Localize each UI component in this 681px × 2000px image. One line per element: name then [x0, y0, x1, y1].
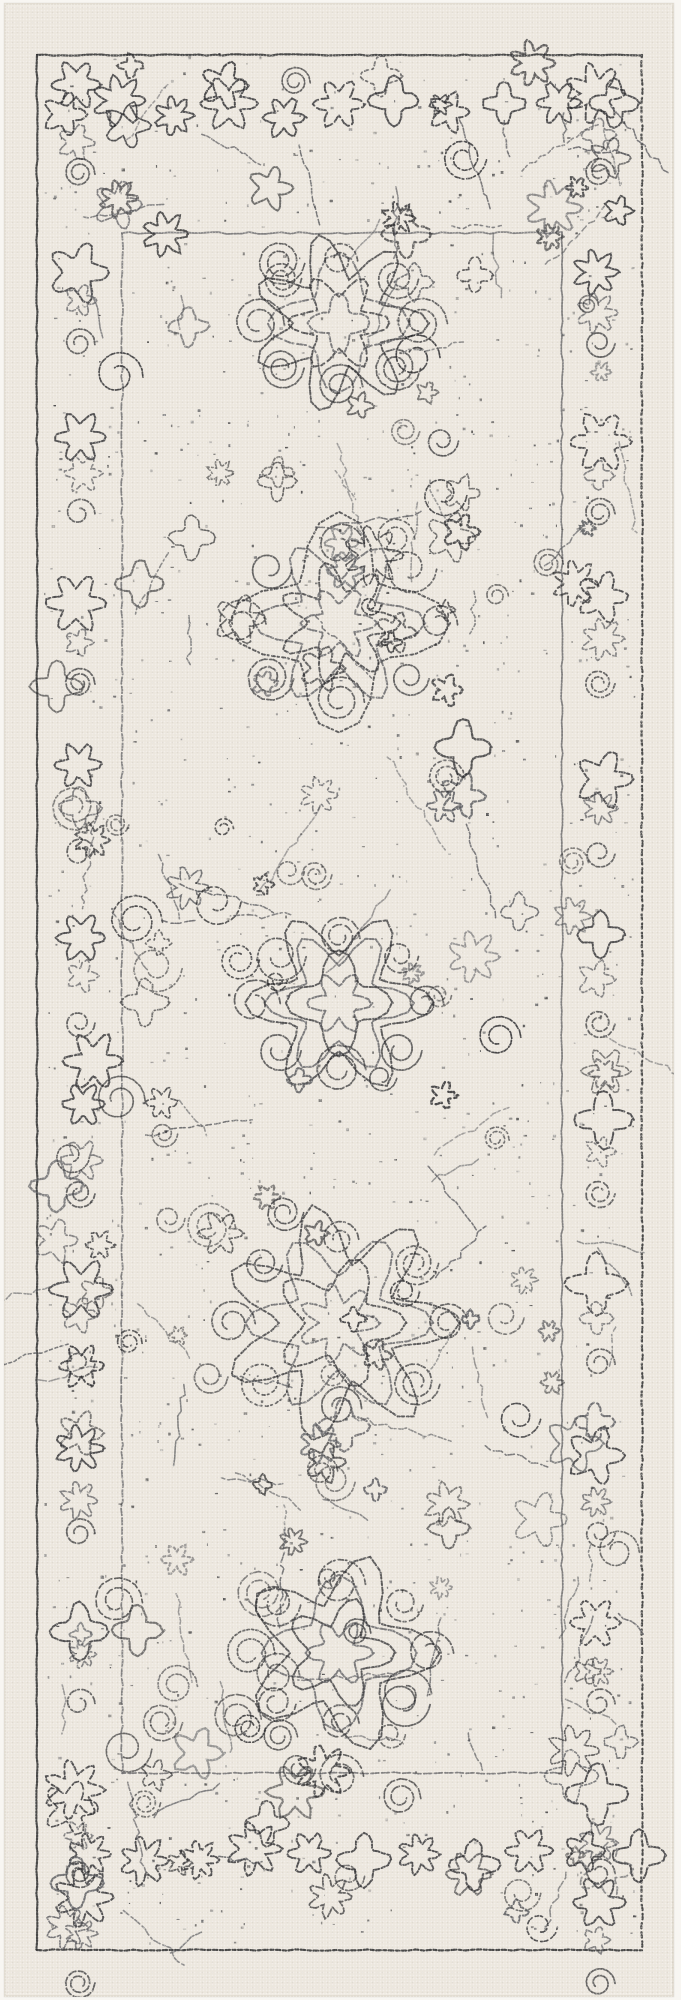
runner-rug	[4, 3, 674, 1997]
rug-pattern	[4, 3, 674, 1997]
product-photo-background	[0, 0, 681, 2000]
